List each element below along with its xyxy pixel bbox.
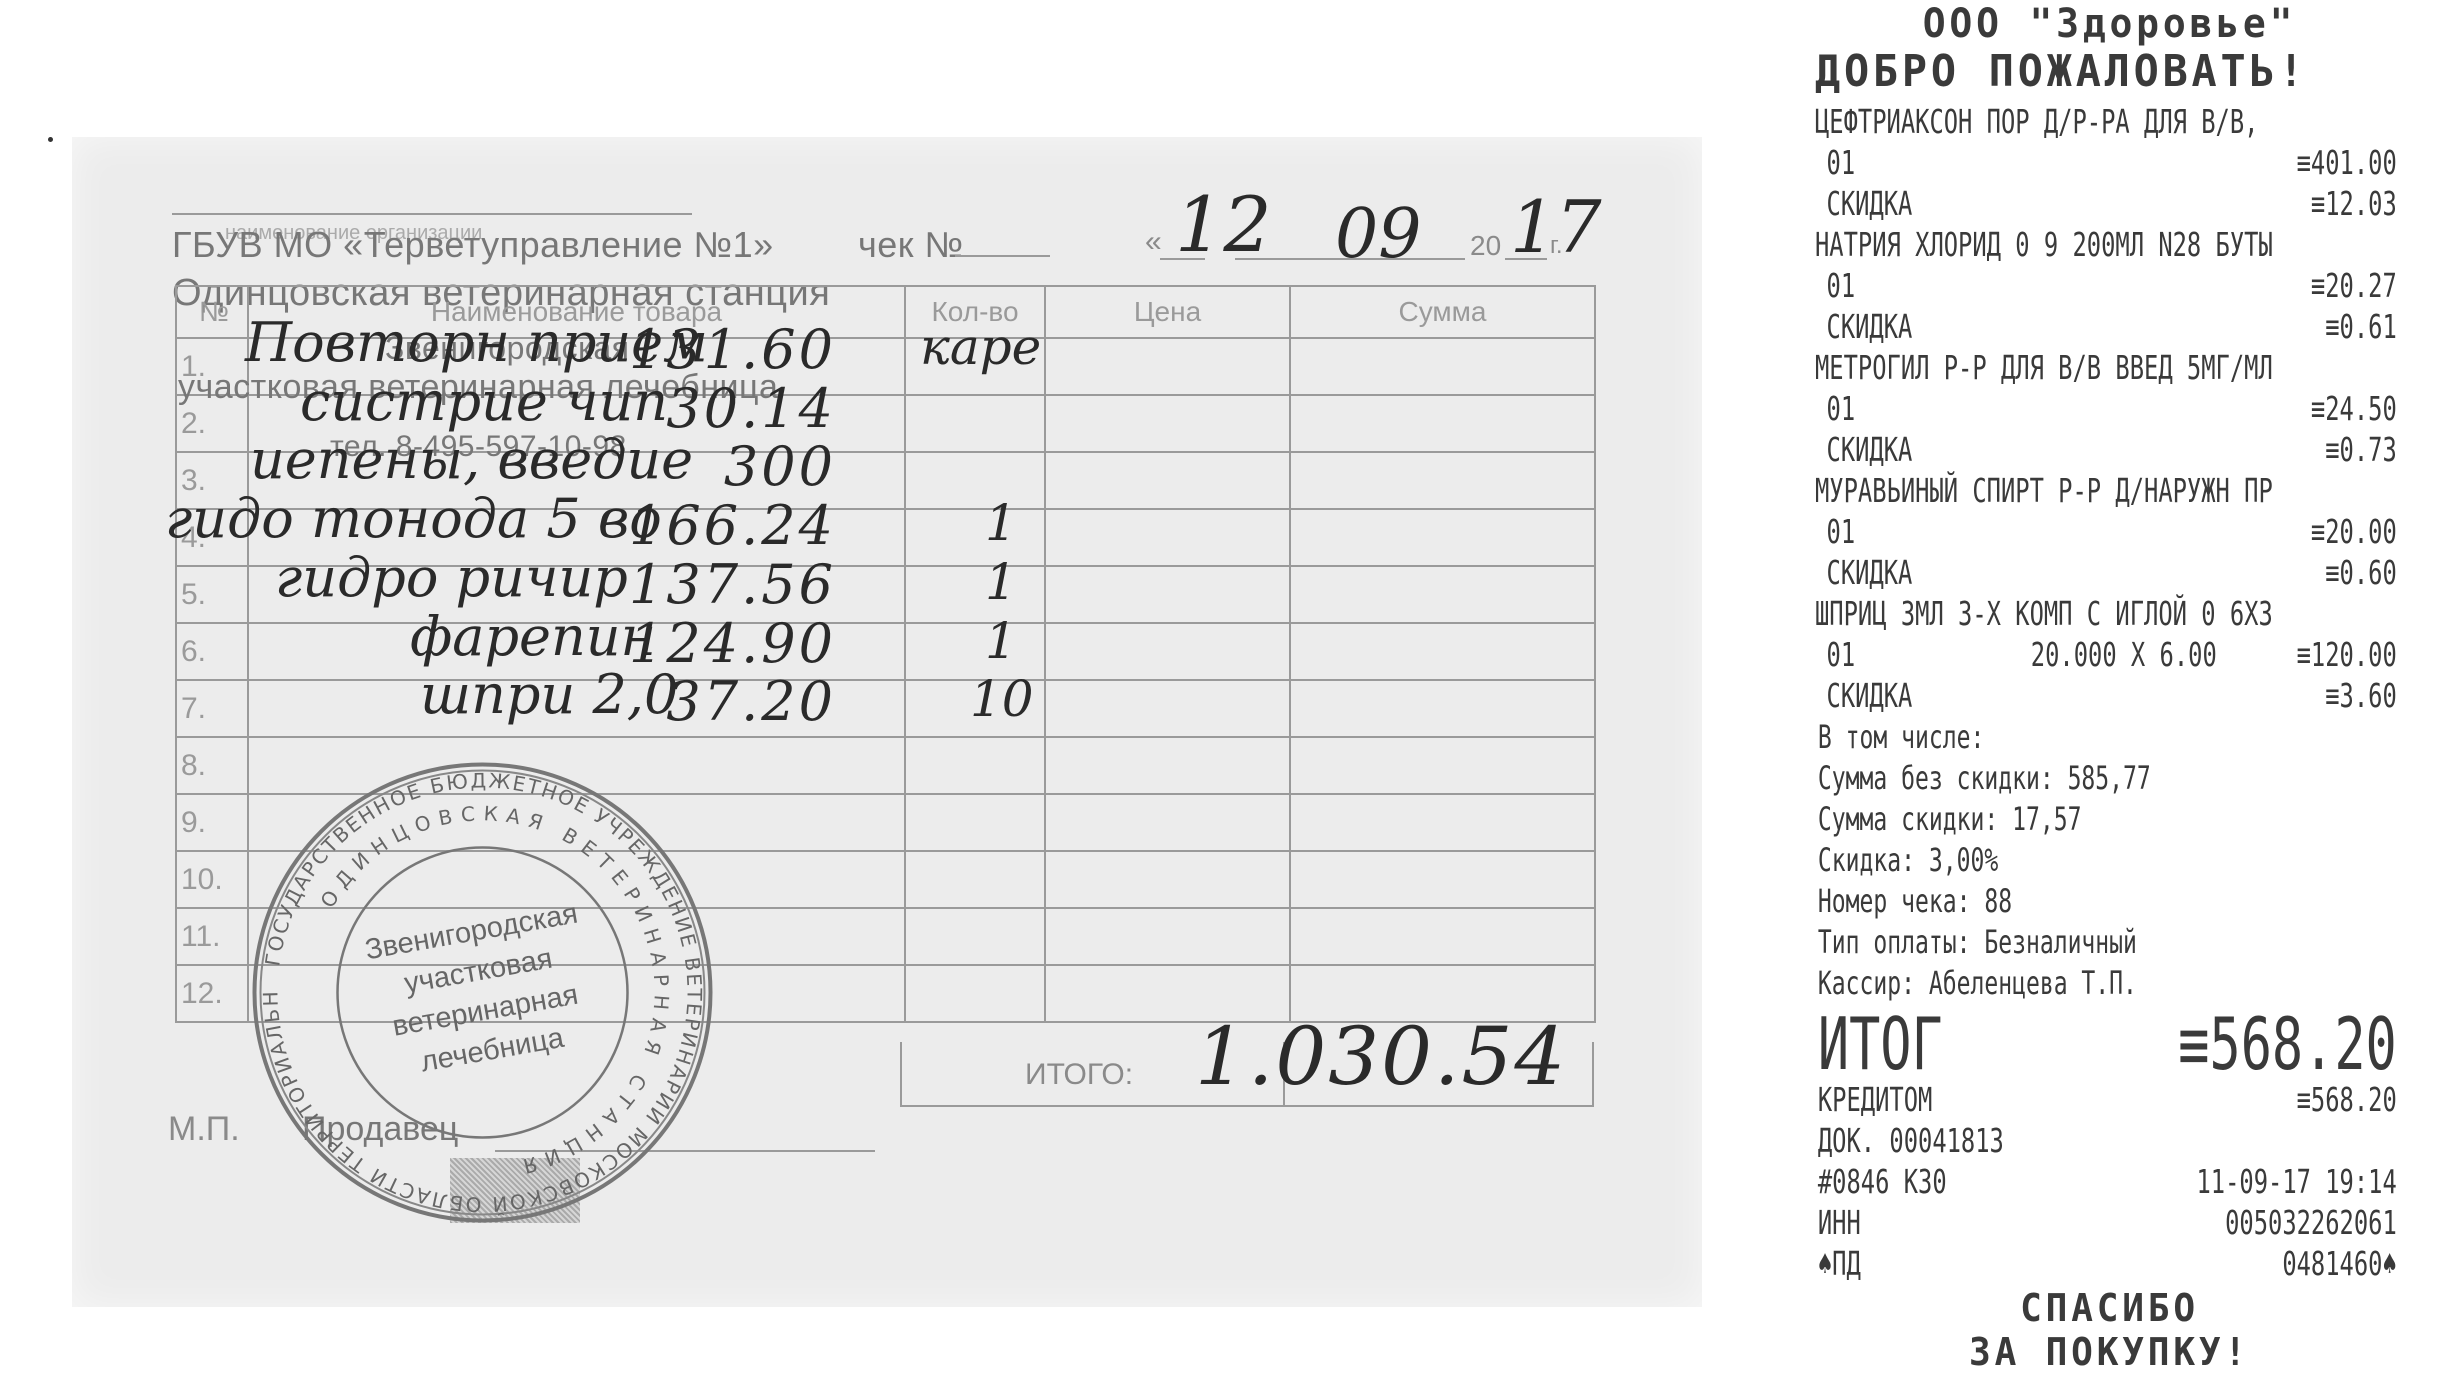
cash-receipt: ООО "Здоровье"ДОБРО ПОЖАЛОВАТЬ!ЦЕФТРИАКС… bbox=[1815, 0, 2405, 1391]
receipt-item-discount-right: ≡0.60 bbox=[2325, 553, 2397, 593]
receipt-welcome-left: ДОБРО ПОЖАЛОВАТЬ! bbox=[1815, 46, 2307, 97]
receipt-register: #0846 К3011-09-17 19:14 bbox=[1815, 1162, 2397, 1202]
total-value: 1.030.54 bbox=[1195, 1010, 1567, 1103]
handwritten-qty: 1 bbox=[985, 612, 1017, 670]
receipt-item-name: ЦЕФТРИАКСОН ПОР Д/Р-РА ДЛЯ В/В, bbox=[1815, 102, 2397, 142]
receipt-register-right: 11-09-17 19:14 bbox=[2196, 1162, 2396, 1202]
receipt-item-amount-right: ≡401.00 bbox=[2297, 143, 2397, 183]
round-seal: ГОСУДАРСТВЕННОЕ БЮДЖЕТНОЕ УЧРЕЖДЕНИЕ ВЕТ… bbox=[250, 760, 715, 1225]
receipt-item-discount-right: ≡0.61 bbox=[2325, 307, 2397, 347]
receipt-summary-line-left: Номер чека: 88 bbox=[1815, 882, 2012, 920]
handwritten-item-name: иепены, введие bbox=[250, 433, 693, 487]
receipt-item-amount-left: 01 bbox=[1815, 143, 1855, 182]
receipt-total-right: ≡568.20 bbox=[2178, 1004, 2396, 1084]
receipt-item-discount-right: ≡0.73 bbox=[2325, 430, 2397, 470]
receipt-total: ИТОГ≡568.20 bbox=[1815, 1004, 2397, 1084]
receipt-item-name: МУРАВЬИНЫЙ СПИРТ Р-Р Д/НАРУЖН ПР bbox=[1815, 471, 2397, 511]
receipt-item-name-left: НАТРИЯ ХЛОРИД 0 9 200МЛ N28 БУТЫ bbox=[1815, 225, 2273, 264]
receipt-item-name-left: ШПРИЦ 3МЛ 3-Х КОМП С ИГЛОЙ 0 6Х3 bbox=[1815, 594, 2273, 633]
receipt-inn: ИНН005032262061 bbox=[1815, 1203, 2397, 1243]
receipt-inn-right: 005032262061 bbox=[2225, 1203, 2397, 1243]
handwritten-sum: 166.24 bbox=[629, 494, 836, 557]
receipt-register-left: #0846 К30 bbox=[1815, 1162, 1947, 1201]
receipt-summary-line-left: В том числе: bbox=[1815, 718, 1984, 756]
handwritten-item-name: гидо тонода 5 во bbox=[165, 492, 662, 546]
receipt-welcome: ДОБРО ПОЖАЛОВАТЬ! bbox=[1815, 52, 2404, 92]
receipt-payment: КРЕДИТОМ≡568.20 bbox=[1815, 1080, 2397, 1120]
handwritten-qty: 1 bbox=[985, 494, 1017, 552]
receipt-thanks-2-left: ЗА ПОКУПКУ! bbox=[1969, 1330, 2250, 1374]
receipt-item-discount: СКИДКА≡3.60 bbox=[1815, 676, 2397, 716]
receipt-item-discount-left: СКИДКА bbox=[1815, 307, 1912, 346]
receipt-summary-line-left: Сумма без скидки: 585,77 bbox=[1815, 759, 2151, 797]
receipt-item-amount-left: 01 bbox=[1815, 635, 1855, 674]
receipt-summary-line-left: Сумма скидки: 17,57 bbox=[1815, 800, 2081, 838]
receipt-item-discount: СКИДКА≡0.61 bbox=[1815, 307, 2397, 347]
receipt-summary-line: Сумма скидки: 17,57 bbox=[1815, 799, 2397, 839]
receipt-total-left: ИТОГ bbox=[1815, 1002, 1943, 1086]
handwritten-qty: 1 bbox=[985, 553, 1017, 611]
receipt-item-amount-left: 01 bbox=[1815, 512, 1855, 551]
handwritten-qty: каре bbox=[920, 318, 1041, 376]
receipt-summary-line: Кассир: Абеленцева Т.П. bbox=[1815, 963, 2397, 1003]
receipt-payment-right: ≡568.20 bbox=[2297, 1080, 2397, 1120]
receipt-summary-line: Номер чека: 88 bbox=[1815, 881, 2397, 921]
receipt-company-left: ООО "Здоровье" bbox=[1923, 1, 2296, 47]
receipt-doc-number: ДОК. 00041813 bbox=[1815, 1121, 2397, 1161]
receipt-summary-line: Сумма без скидки: 585,77 bbox=[1815, 758, 2397, 798]
receipt-item-amount: 01≡20.00 bbox=[1815, 512, 2397, 552]
receipt-item-amount-right: ≡120.00 bbox=[2297, 635, 2397, 675]
receipt-item-amount: 01≡401.00 bbox=[1815, 143, 2397, 183]
receipt-item-name: НАТРИЯ ХЛОРИД 0 9 200МЛ N28 БУТЫ bbox=[1815, 225, 2397, 265]
receipt-item-amount-right: ≡20.27 bbox=[2311, 266, 2397, 306]
receipt-summary-line: Скидка: 3,00% bbox=[1815, 840, 2397, 880]
receipt-item-name-left: МЕТРОГИЛ Р-Р ДЛЯ В/В ВВЕД 5МГ/МЛ bbox=[1815, 348, 2273, 387]
receipt-fiscal-sign-right: 0481460♠ bbox=[2282, 1244, 2396, 1284]
receipt-summary-line-left: Тип оплаты: Безналичный bbox=[1815, 923, 2137, 961]
receipt-calc: 20.000 X 6.00 bbox=[2031, 635, 2217, 675]
receipt-summary-line: Тип оплаты: Безналичный bbox=[1815, 922, 2397, 962]
stamp-place-label: М.П. bbox=[168, 1110, 240, 1149]
receipt-item-name: МЕТРОГИЛ Р-Р ДЛЯ В/В ВВЕД 5МГ/МЛ bbox=[1815, 348, 2397, 388]
handwritten-item-name: шпри 2,0 bbox=[420, 668, 678, 722]
receipt-item-amount-right: ≡20.00 bbox=[2311, 512, 2397, 552]
receipt-doc-number-left: ДОК. 00041813 bbox=[1815, 1121, 2004, 1160]
receipt-item-discount: СКИДКА≡0.73 bbox=[1815, 430, 2397, 470]
receipt-summary-line: В том числе: bbox=[1815, 717, 2397, 757]
receipt-item-discount: СКИДКА≡12.03 bbox=[1815, 184, 2397, 224]
handwritten-sum: 137.56 bbox=[629, 553, 836, 616]
receipt-summary-line-left: Кассир: Абеленцева Т.П. bbox=[1815, 964, 2137, 1002]
receipt-company: ООО "Здоровье" bbox=[1815, 4, 2404, 44]
receipt-fiscal-sign-left: ♠ПД bbox=[1815, 1244, 1861, 1283]
receipt-item-discount-left: СКИДКА bbox=[1815, 430, 1912, 469]
total-label: ИТОГО: bbox=[1025, 1058, 1133, 1092]
receipt-item-amount-left: 01 bbox=[1815, 389, 1855, 428]
receipt-item-discount-right: ≡3.60 bbox=[2325, 676, 2397, 716]
receipt-item-amount: 01≡24.50 bbox=[1815, 389, 2397, 429]
receipt-thanks-1-left: СПАСИБО bbox=[2020, 1286, 2199, 1330]
seal-middle-text: ОДИНЦОВСКАЯ ВЕТЕРИНАРНАЯ СТАНЦИЯ bbox=[315, 801, 673, 1180]
receipt-item-name: ШПРИЦ 3МЛ 3-Х КОМП С ИГЛОЙ 0 6Х3 bbox=[1815, 594, 2397, 634]
receipt-fiscal-sign: ♠ПД0481460♠ bbox=[1815, 1244, 2397, 1284]
receipt-item-amount-right: ≡24.50 bbox=[2311, 389, 2397, 429]
handwritten-item-name: фарепин bbox=[410, 610, 656, 664]
handwritten-item-name: гидро ричир bbox=[275, 551, 628, 605]
receipt-summary-line-left: Скидка: 3,00% bbox=[1815, 841, 1998, 879]
receipt-item-name-left: МУРАВЬИНЫЙ СПИРТ Р-Р Д/НАРУЖН ПР bbox=[1815, 471, 2273, 510]
receipt-item-amount: 01≡20.27 bbox=[1815, 266, 2397, 306]
receipt-item-amount-left: 01 bbox=[1815, 266, 1855, 305]
handwritten-sum: 300 bbox=[724, 435, 836, 498]
receipt-item-discount-right: ≡12.03 bbox=[2311, 184, 2397, 224]
receipt-item-discount-left: СКИДКА bbox=[1815, 184, 1912, 223]
receipt-inn-left: ИНН bbox=[1815, 1203, 1861, 1242]
handwritten-sum: 37.20 bbox=[666, 670, 836, 733]
handwritten-qty: 10 bbox=[970, 670, 1034, 728]
receipt-payment-left: КРЕДИТОМ bbox=[1815, 1080, 1932, 1119]
receipt-item-name-left: ЦЕФТРИАКСОН ПОР Д/Р-РА ДЛЯ В/В, bbox=[1815, 102, 2258, 141]
receipt-thanks-1: СПАСИБО bbox=[1815, 1288, 2404, 1328]
receipt-thanks-2: ЗА ПОКУПКУ! bbox=[1815, 1332, 2404, 1372]
receipt-item-discount-left: СКИДКА bbox=[1815, 676, 1912, 715]
handwritten-item-name: систрие чип bbox=[300, 375, 668, 429]
receipt-item-discount: СКИДКА≡0.60 bbox=[1815, 553, 2397, 593]
receipt-item-amount: 0120.000 X 6.00≡120.00 bbox=[1815, 635, 2397, 675]
svg-text:ОДИНЦОВСКАЯ ВЕТЕРИНАРНАЯ СТАНЦ: ОДИНЦОВСКАЯ ВЕТЕРИНАРНАЯ СТАНЦИЯ bbox=[315, 801, 673, 1180]
receipt-item-discount-left: СКИДКА bbox=[1815, 553, 1912, 592]
